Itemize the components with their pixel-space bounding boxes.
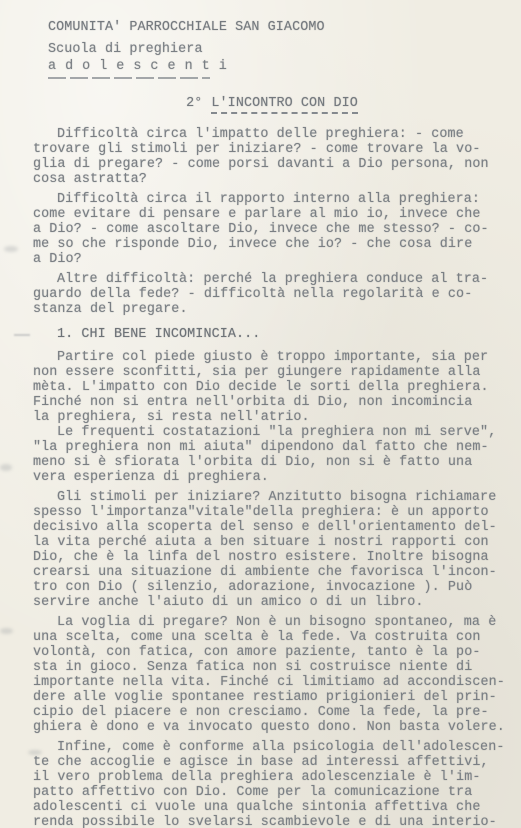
paragraph: Infine, come è conforme alla psicologia … xyxy=(33,740,511,828)
scan-smudge xyxy=(28,750,42,755)
title-main: L'INCONTRO CON DIO xyxy=(211,96,357,114)
scan-smudge xyxy=(0,464,12,471)
paragraph: Difficoltà circa il rapporto interno all… xyxy=(33,192,511,267)
paragraph: Gli stimoli per iniziare? Anzitutto biso… xyxy=(33,490,511,610)
scanned-page: COMUNITA' PARROCCHIALE SAN GIACOMO Scuol… xyxy=(0,0,521,828)
paragraph: Difficoltà circa l'impatto delle preghie… xyxy=(33,127,511,187)
paragraph: La voglia di pregare? Non è un bisogno s… xyxy=(33,615,511,735)
page-content: COMUNITA' PARROCCHIALE SAN GIACOMO Scuol… xyxy=(33,20,511,828)
scan-smudge xyxy=(4,246,18,252)
paragraph: Altre difficoltà: perché la preghiera co… xyxy=(33,272,511,317)
section-heading: 1. CHI BENE INCOMINCIA... xyxy=(33,327,511,342)
typed-underline xyxy=(48,77,210,79)
page-title: 2°L'INCONTRO CON DIO xyxy=(33,96,511,114)
paragraph: Le frequenti costatazioni "la preghiera … xyxy=(33,425,511,485)
scan-smudge xyxy=(14,334,30,336)
title-prefix: 2° xyxy=(186,96,202,111)
subtitle-audience: a d o l e s c e n t i xyxy=(48,59,511,74)
organization-line: COMUNITA' PARROCCHIALE SAN GIACOMO xyxy=(48,20,511,35)
subtitle-school: Scuola di preghiera xyxy=(48,42,511,57)
scan-smudge xyxy=(0,628,13,634)
paragraph: Partire col piede giusto è troppo import… xyxy=(33,350,511,425)
